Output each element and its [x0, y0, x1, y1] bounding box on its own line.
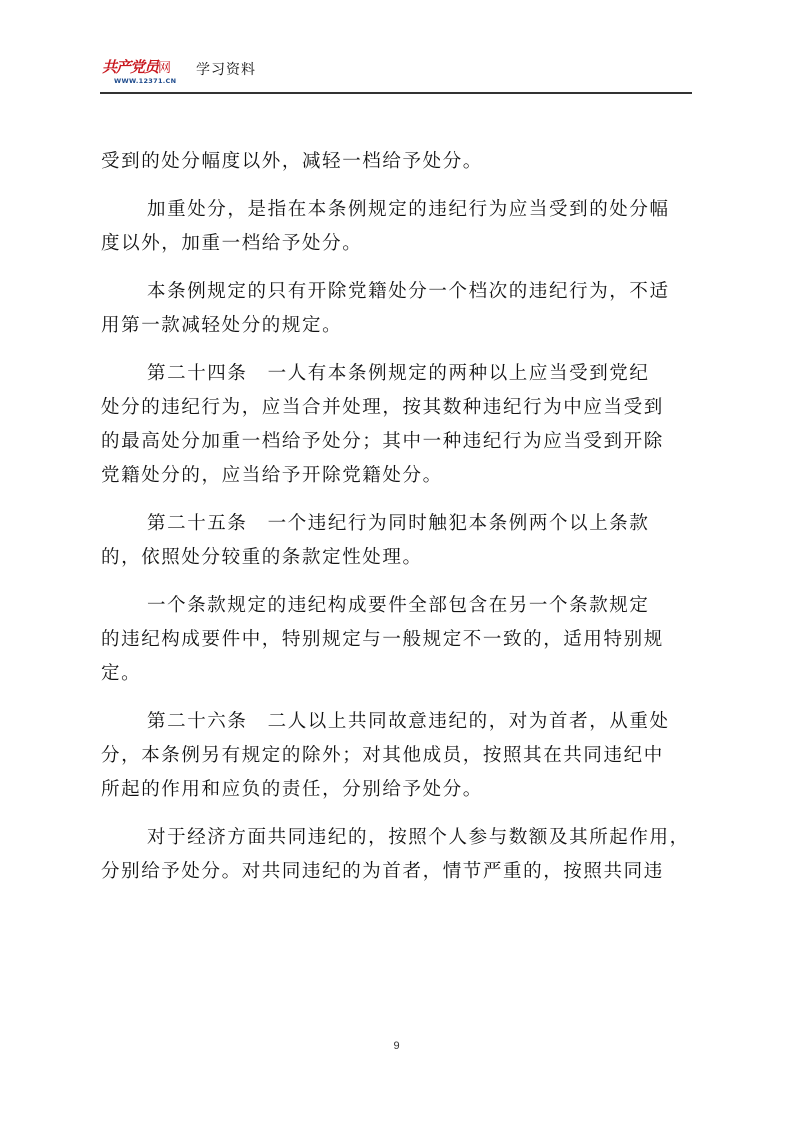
text-line: 本条例规定的只有开除党籍处分一个档次的违纪行为，不适	[101, 275, 693, 309]
paragraph: 第二十四条 一人有本条例规定的两种以上应当受到党纪处分的违纪行为，应当合并处理，…	[101, 357, 693, 493]
text-line: 受到的处分幅度以外，减轻一档给予处分。	[101, 145, 693, 179]
header-divider	[100, 92, 692, 94]
text-line: 第二十六条 二人以上共同故意违纪的，对为首者，从重处	[101, 705, 693, 739]
paragraph: 本条例规定的只有开除党籍处分一个档次的违纪行为，不适用第一款减轻处分的规定。	[101, 275, 693, 343]
site-logo: 共产党员网 WWW.12371.CN	[102, 56, 192, 90]
text-line: 用第一款减轻处分的规定。	[101, 309, 693, 343]
text-line: 定。	[101, 657, 693, 691]
logo-text: 共产党员	[102, 58, 158, 76]
text-line: 党籍处分的，应当给予开除党籍处分。	[101, 459, 693, 493]
logo-url: WWW.12371.CN	[114, 77, 176, 85]
text-line: 一个条款规定的违纪构成要件全部包含在另一个条款规定	[101, 589, 693, 623]
paragraph: 加重处分，是指在本条例规定的违纪行为应当受到的处分幅度以外，加重一档给予处分。	[101, 193, 693, 261]
paragraph: 第二十五条 一个违纪行为同时触犯本条例两个以上条款的，依照处分较重的条款定性处理…	[101, 507, 693, 575]
text-line: 的最高处分加重一档给予处分；其中一种违纪行为应当受到开除	[101, 425, 693, 459]
text-line: 度以外，加重一档给予处分。	[101, 227, 693, 261]
text-line: 处分的违纪行为，应当合并处理，按其数种违纪行为中应当受到	[101, 391, 693, 425]
text-line: 分别给予处分。对共同违纪的为首者，情节严重的，按照共同违	[101, 855, 693, 889]
logo-wordmark: 共产党员网	[102, 56, 170, 77]
logo-suffix: 网	[158, 61, 170, 76]
paragraph: 受到的处分幅度以外，减轻一档给予处分。	[101, 145, 693, 179]
paragraph: 一个条款规定的违纪构成要件全部包含在另一个条款规定的违纪构成要件中，特别规定与一…	[101, 589, 693, 691]
page-header: 共产党员网 WWW.12371.CN 学习资料	[100, 54, 692, 94]
paragraph: 第二十六条 二人以上共同故意违纪的，对为首者，从重处分，本条例另有规定的除外；对…	[101, 705, 693, 807]
page-number: 9	[0, 1040, 793, 1052]
text-line: 所起的作用和应负的责任，分别给予处分。	[101, 773, 693, 807]
text-line: 的违纪构成要件中，特别规定与一般规定不一致的，适用特别规	[101, 623, 693, 657]
document-body: 受到的处分幅度以外，减轻一档给予处分。加重处分，是指在本条例规定的违纪行为应当受…	[101, 145, 693, 903]
text-line: 分，本条例另有规定的除外；对其他成员，按照其在共同违纪中	[101, 739, 693, 773]
paragraph: 对于经济方面共同违纪的，按照个人参与数额及其所起作用，分别给予处分。对共同违纪的…	[101, 821, 693, 889]
header-title: 学习资料	[196, 59, 256, 79]
text-line: 的，依照处分较重的条款定性处理。	[101, 541, 693, 575]
text-line: 第二十四条 一人有本条例规定的两种以上应当受到党纪	[101, 357, 693, 391]
text-line: 加重处分，是指在本条例规定的违纪行为应当受到的处分幅	[101, 193, 693, 227]
text-line: 对于经济方面共同违纪的，按照个人参与数额及其所起作用，	[101, 821, 693, 855]
text-line: 第二十五条 一个违纪行为同时触犯本条例两个以上条款	[101, 507, 693, 541]
